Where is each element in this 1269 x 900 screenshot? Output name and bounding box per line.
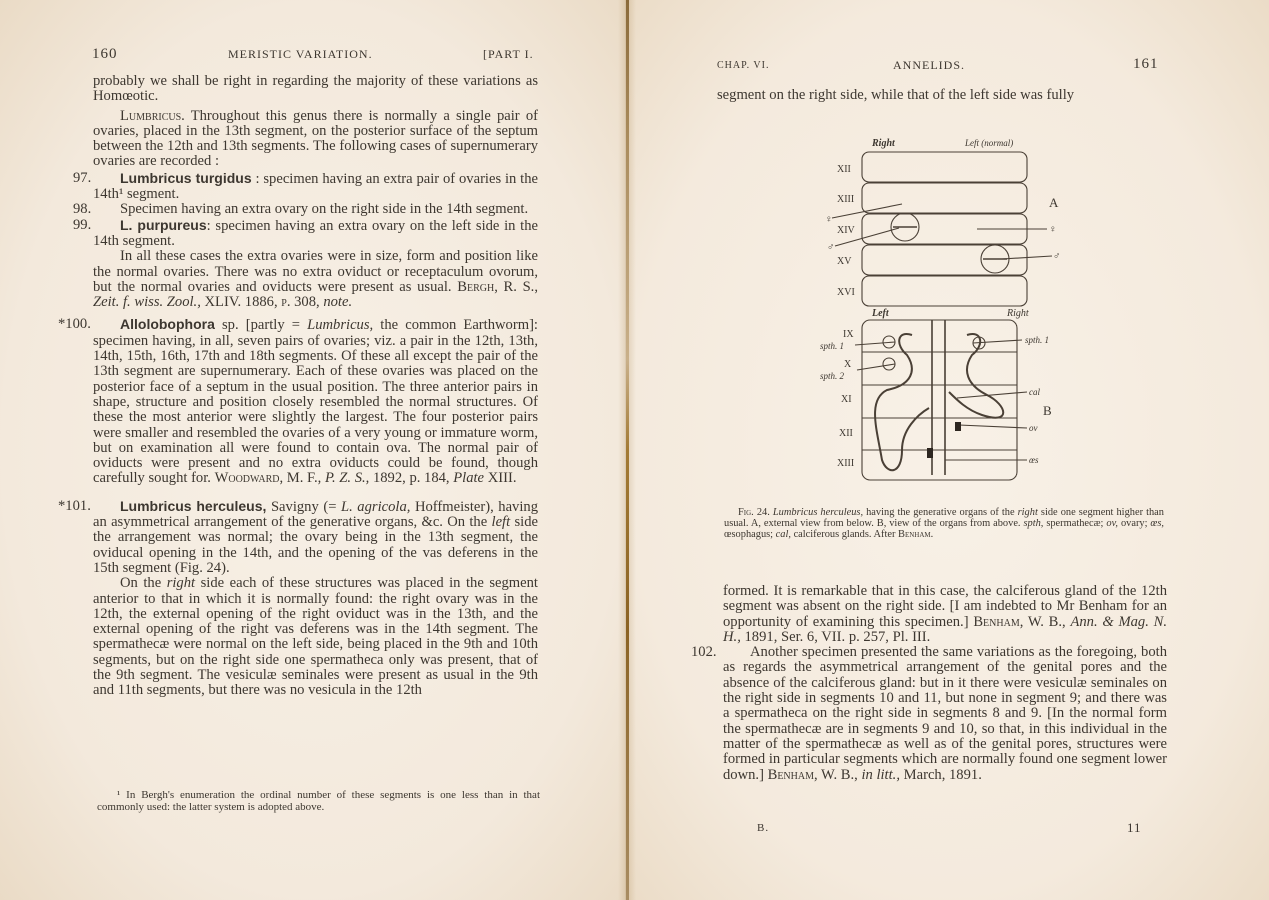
male-symbol: ♂ bbox=[827, 242, 835, 253]
genus-name: Lumbricus herculeus, bbox=[120, 498, 266, 514]
segment-label: XVI bbox=[837, 287, 855, 298]
segment-label: XI bbox=[841, 394, 852, 405]
ovary-mark-left bbox=[927, 448, 933, 458]
female-symbol: ♀ bbox=[825, 214, 833, 225]
label-b-left: Left bbox=[871, 308, 890, 319]
lumbricus-paragraph: Lumbricus. Throughout this genus there i… bbox=[93, 109, 538, 170]
entry-98: 98. Specimen having an extra ovary on th… bbox=[93, 202, 538, 217]
right-chapter-label: CHAP. VI. bbox=[717, 60, 769, 71]
label-a-left: Left (normal) bbox=[964, 138, 1013, 148]
segment-label: XII bbox=[839, 428, 853, 439]
segment-label: XV bbox=[837, 256, 852, 267]
right-continuation: segment on the right side, while that of… bbox=[717, 88, 1165, 103]
entry-number: 102. bbox=[691, 645, 717, 660]
entry-number: *100. bbox=[58, 317, 91, 332]
label-b-right: Right bbox=[1006, 308, 1029, 319]
left-body: probably we shall be right in regarding … bbox=[93, 74, 538, 699]
signature-mark: B. bbox=[757, 822, 769, 834]
summary-paragraph: In all these cases the extra ovaries wer… bbox=[93, 249, 538, 310]
entry-number: 99. bbox=[73, 218, 91, 233]
figure-label-b: B bbox=[1043, 403, 1052, 418]
segment-label: XIII bbox=[837, 194, 854, 205]
spth1-right-label: spth. 1 bbox=[1025, 335, 1049, 345]
entry-97: 97. Lumbricus turgidus : specimen having… bbox=[93, 171, 538, 203]
spth1-left-label: spth. 1 bbox=[820, 341, 844, 351]
footnote: ¹ In Bergh's enumeration the ordinal num… bbox=[97, 790, 540, 813]
intro-paragraph: probably we shall be right in regarding … bbox=[93, 74, 538, 105]
left-page-number: 160 bbox=[92, 46, 118, 63]
right-running-title: ANNELIDS. bbox=[893, 58, 965, 73]
segment-label: XII bbox=[837, 164, 851, 175]
left-running-title: MERISTIC VARIATION. bbox=[228, 47, 373, 62]
genus-name: Allolobophora bbox=[120, 316, 215, 332]
male-symbol: ♂ bbox=[1053, 251, 1061, 262]
signature-number: 11 bbox=[1127, 820, 1142, 836]
figure-caption: Fig. 24. Lumbricus herculeus, having the… bbox=[724, 507, 1164, 541]
segment-label: IX bbox=[843, 329, 854, 340]
segment-label: X bbox=[844, 359, 852, 370]
right-page-number: 161 bbox=[1133, 56, 1159, 73]
entry-number: 98. bbox=[73, 202, 91, 217]
entry-number: 97. bbox=[73, 171, 91, 186]
ov-label: ov bbox=[1029, 423, 1038, 433]
entry-99: 99. L. purpureus: specimen having an ext… bbox=[93, 218, 538, 250]
right-page: CHAP. VI. ANNELIDS. 161 segment on the r… bbox=[627, 0, 1269, 900]
entry-101-para2: On the right side each of these structur… bbox=[93, 576, 538, 698]
segment-label: XIV bbox=[837, 225, 856, 236]
figure-24: Right Left (normal) XII XIII XIV XV XVI … bbox=[817, 130, 1077, 490]
book-spine-crease bbox=[626, 0, 629, 900]
left-page: 160 MERISTIC VARIATION. [PART I. probabl… bbox=[0, 0, 627, 900]
right-body: formed. It is remarkable that in this ca… bbox=[723, 584, 1167, 783]
lumbricus-heading: Lumbricus. bbox=[120, 108, 185, 124]
label-a-right: Right bbox=[871, 138, 896, 149]
spth2-left-label: spth. 2 bbox=[820, 371, 845, 381]
genus-name: Lumbricus turgidus bbox=[120, 170, 252, 186]
genus-name: L. purpureus bbox=[120, 217, 207, 233]
oes-label: œs bbox=[1029, 455, 1039, 465]
ovary-mark-right bbox=[955, 422, 961, 431]
figure-label-a: A bbox=[1049, 195, 1059, 210]
entry-100: *100. Allolobophora sp. [partly = Lumbri… bbox=[93, 317, 538, 486]
female-symbol: ♀ bbox=[1049, 224, 1057, 235]
formed-paragraph: formed. It is remarkable that in this ca… bbox=[723, 584, 1167, 645]
cal-label: cal bbox=[1029, 387, 1040, 397]
segment-label: XIII bbox=[837, 458, 854, 469]
entry-102: 102. Another specimen presented the same… bbox=[723, 645, 1167, 783]
entry-101: *101. Lumbricus herculeus, Savigny (= L.… bbox=[93, 499, 538, 576]
left-part-label: [PART I. bbox=[483, 47, 534, 62]
entry-number: *101. bbox=[58, 499, 91, 514]
